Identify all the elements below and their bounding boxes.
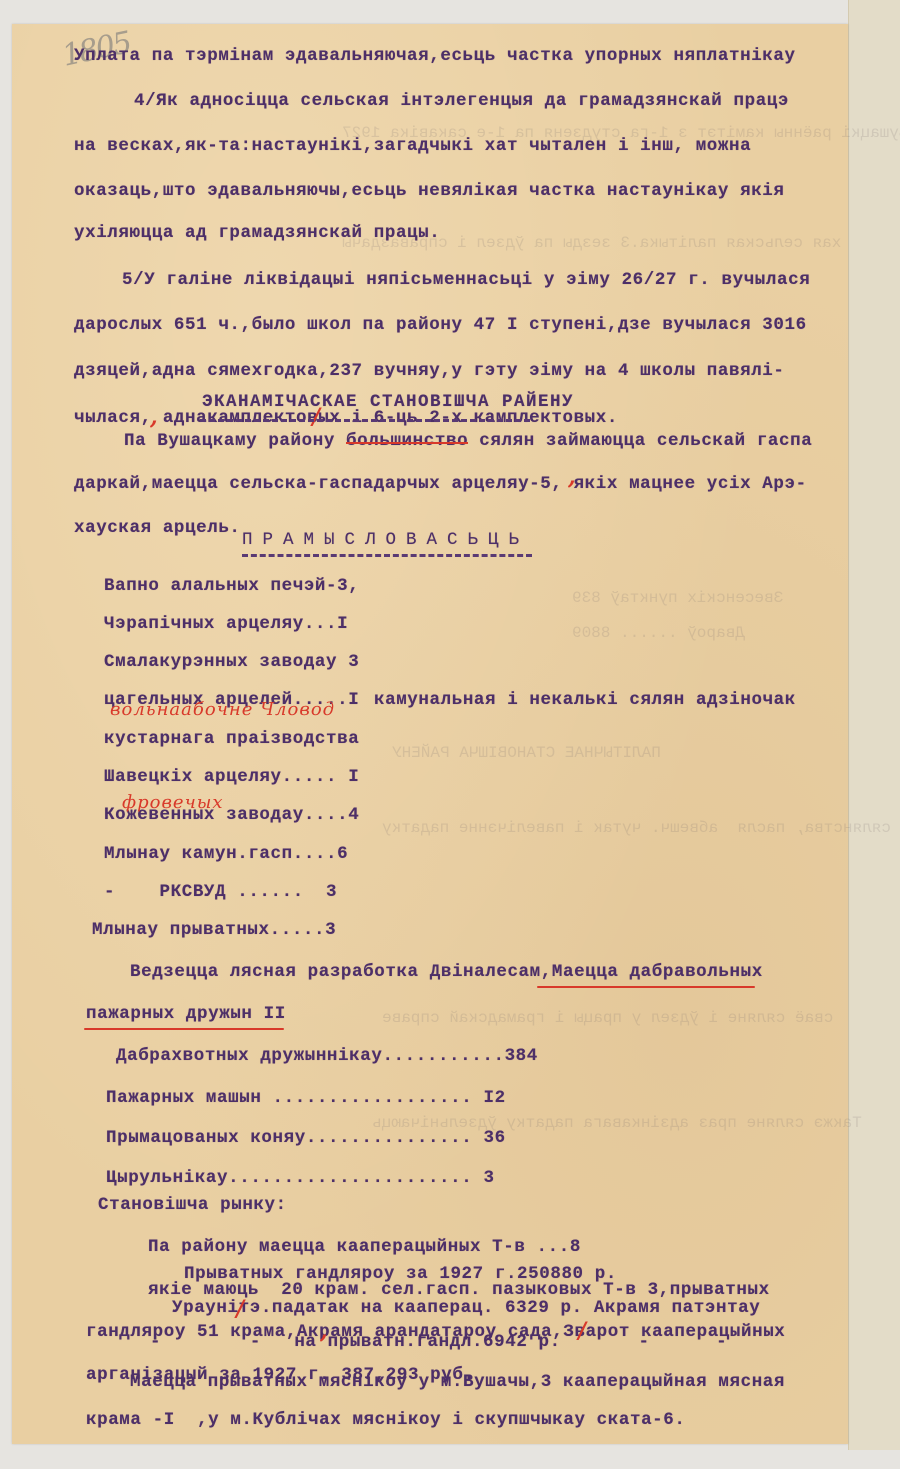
text-line: Прыватных гандляроу за 1927 г.250880 р. [184, 1264, 617, 1284]
title-dashed-underline [242, 554, 532, 557]
text-line: Уплата па тэрмінам эдавальняючая,есьць ч… [74, 46, 796, 66]
text-line: оказаць,што эдавальняючы,есьць невялікая… [74, 181, 785, 201]
handwritten-correction: вольнаабочне Чловод [110, 699, 335, 720]
text-line: Ведзецца лясная разработка Двіналесам,Ма… [130, 962, 763, 982]
show-through-text: сваё сяляне і ўдзел у працы і грамадскай… [382, 1009, 833, 1027]
text-line: хауская арцель. [74, 518, 241, 538]
fire-stat-row: Дабрахвотных дружыннікау...........384 [116, 1046, 538, 1066]
fire-stat-row: Прымацованых коняу............... 36 [106, 1128, 506, 1148]
section-title-market: Становішча рынку: [98, 1195, 287, 1215]
show-through-text: Настрой сялянства, пасля абвешч. чутак і… [382, 819, 900, 837]
show-through-text: ПАЛІТЫЧНАЕ СТАНОВІШЧА РАЙЕНУ [392, 744, 661, 762]
text-line: 5/У галіне ліквідацыі няпісьменнасьці у … [122, 270, 810, 290]
title-dashed-underline [200, 419, 530, 422]
red-comma-correction: , [568, 464, 576, 490]
section-title-industry: ПРАМЫСЛОВАСЬЦЬ [242, 530, 529, 550]
text-line: - - на прыватн.гандл.6942 р. - - [150, 1332, 727, 1352]
red-underline [537, 986, 755, 988]
fire-stat-row: Пажарных машын .................. I2 [106, 1088, 506, 1108]
text-line: на весках,як-та:настаунікі,загадчыкі хат… [74, 136, 751, 156]
typewritten-document-page: Вушацкі раённы камітэт з 1-га студзеня п… [12, 24, 848, 1444]
red-underline [84, 1028, 284, 1030]
text-line: Па Вушацкаму району большинство сялян за… [124, 431, 812, 451]
industry-item: Млынау камун.гасп....6 [104, 844, 348, 864]
show-through-text: Звесенскіх пунктаў 839 [572, 589, 783, 607]
industry-item: - РКСВУД ...... 3 [104, 882, 337, 902]
text-line: пажарных дружын II [86, 1004, 286, 1024]
red-mark-correction: / [236, 1296, 244, 1322]
text-line: ухіляюцца ад грамадзянскай працы. [74, 223, 440, 243]
show-through-text: Двароў ...... 8809 [572, 624, 745, 642]
industry-item: Шавецкіх арцеляу..... I [104, 767, 359, 787]
industry-item: кустарнага праізводства [104, 729, 359, 749]
fire-stat-row: Цырульнікау...................... 3 [106, 1168, 495, 1188]
archive-backing-sheet [848, 0, 900, 1450]
red-comma-correction: , [150, 404, 158, 430]
industry-item: Млынау прыватных.....3 [92, 920, 336, 940]
text-line: дзяцей,адна сямехгодка,237 вучняу,у гэту… [74, 361, 785, 381]
text-line: Ураунітэ.падатак на кааперац. 6329 р. Ак… [172, 1298, 760, 1318]
brick-note: камунальная і некалькі сялян адзіночак [374, 690, 796, 710]
industry-item: Смалакурэнных заводау 3 [104, 652, 359, 672]
text-line: 4/Як адносіцца сельская інтэлегенцыя да … [134, 91, 789, 111]
industry-item: Чэрапічных арцеляу...I [104, 614, 348, 634]
industry-item: Вапно алальных печэй-3, [104, 576, 359, 596]
text-line: Па району маецца кааперацыйных Т-в ...8 [148, 1237, 581, 1257]
text-line: дарослых 651 ч.,было школ па району 47 I… [74, 315, 807, 335]
text-line: даркай,маецца сельска-гаспадарчых арцеля… [74, 474, 807, 494]
handwritten-correction: фровечых [122, 792, 224, 813]
section-title-economic: ЭКАНАМІЧАСКАЕ СТАНОВІШЧА РАЙЕНУ [202, 392, 574, 412]
text-line: крама -I ,у м.Кублічах мяснікоу і скупшч… [86, 1410, 686, 1430]
struck-word: большинство [346, 431, 468, 451]
text-line: Маецца прыватных мяснікоу у м.Вушачы,3 к… [130, 1372, 785, 1392]
